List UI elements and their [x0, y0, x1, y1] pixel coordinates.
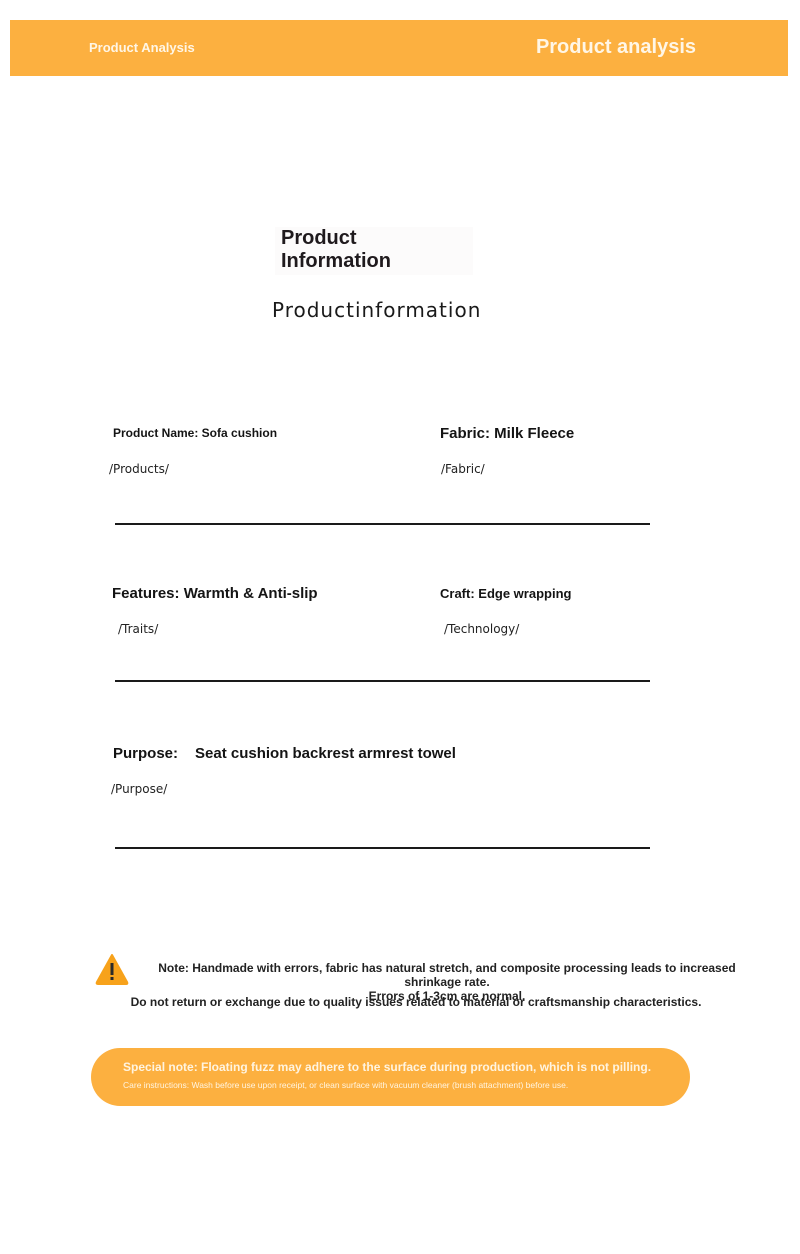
section-title: Product Information [281, 227, 391, 273]
notice-line1: Note: Handmade with errors, fabric has n… [132, 961, 762, 989]
header-bar: Product Analysis Product analysis [10, 20, 788, 76]
header-right-title: Product analysis [536, 36, 696, 59]
craft-sub: /Technology/ [444, 622, 519, 636]
care-instructions: Care instructions: Wash before use upon … [123, 1080, 568, 1090]
product-name-sub: /Products/ [109, 462, 169, 476]
features-label: Features: Warmth & Anti-slip [112, 585, 318, 602]
features-sub: /Traits/ [118, 622, 158, 636]
fabric-label: Fabric: Milk Fleece [440, 425, 574, 442]
section-title-box: Product Information [275, 227, 473, 275]
product-name-label: Product Name: Sofa cushion [113, 426, 277, 440]
section-subtitle: Productinformation [272, 298, 481, 322]
notice-line3: Do not return or exchange due to quality… [95, 995, 737, 1009]
purpose-sub: /Purpose/ [111, 782, 167, 796]
fabric-sub: /Fabric/ [441, 462, 485, 476]
divider-3 [115, 847, 650, 849]
purpose-value: Seat cushion backrest armrest towel [195, 745, 456, 762]
craft-label: Craft: Edge wrapping [440, 586, 571, 601]
divider-1 [115, 523, 650, 525]
special-note-pill: Special note: Floating fuzz may adhere t… [91, 1048, 690, 1106]
header-left-title: Product Analysis [89, 40, 195, 55]
special-note-main: Special note: Floating fuzz may adhere t… [123, 1060, 651, 1074]
purpose-label: Purpose: [113, 745, 178, 762]
divider-2 [115, 680, 650, 682]
warning-icon [95, 953, 129, 985]
section-title-line2: Information [281, 250, 391, 273]
section-title-line1: Product [281, 227, 391, 250]
